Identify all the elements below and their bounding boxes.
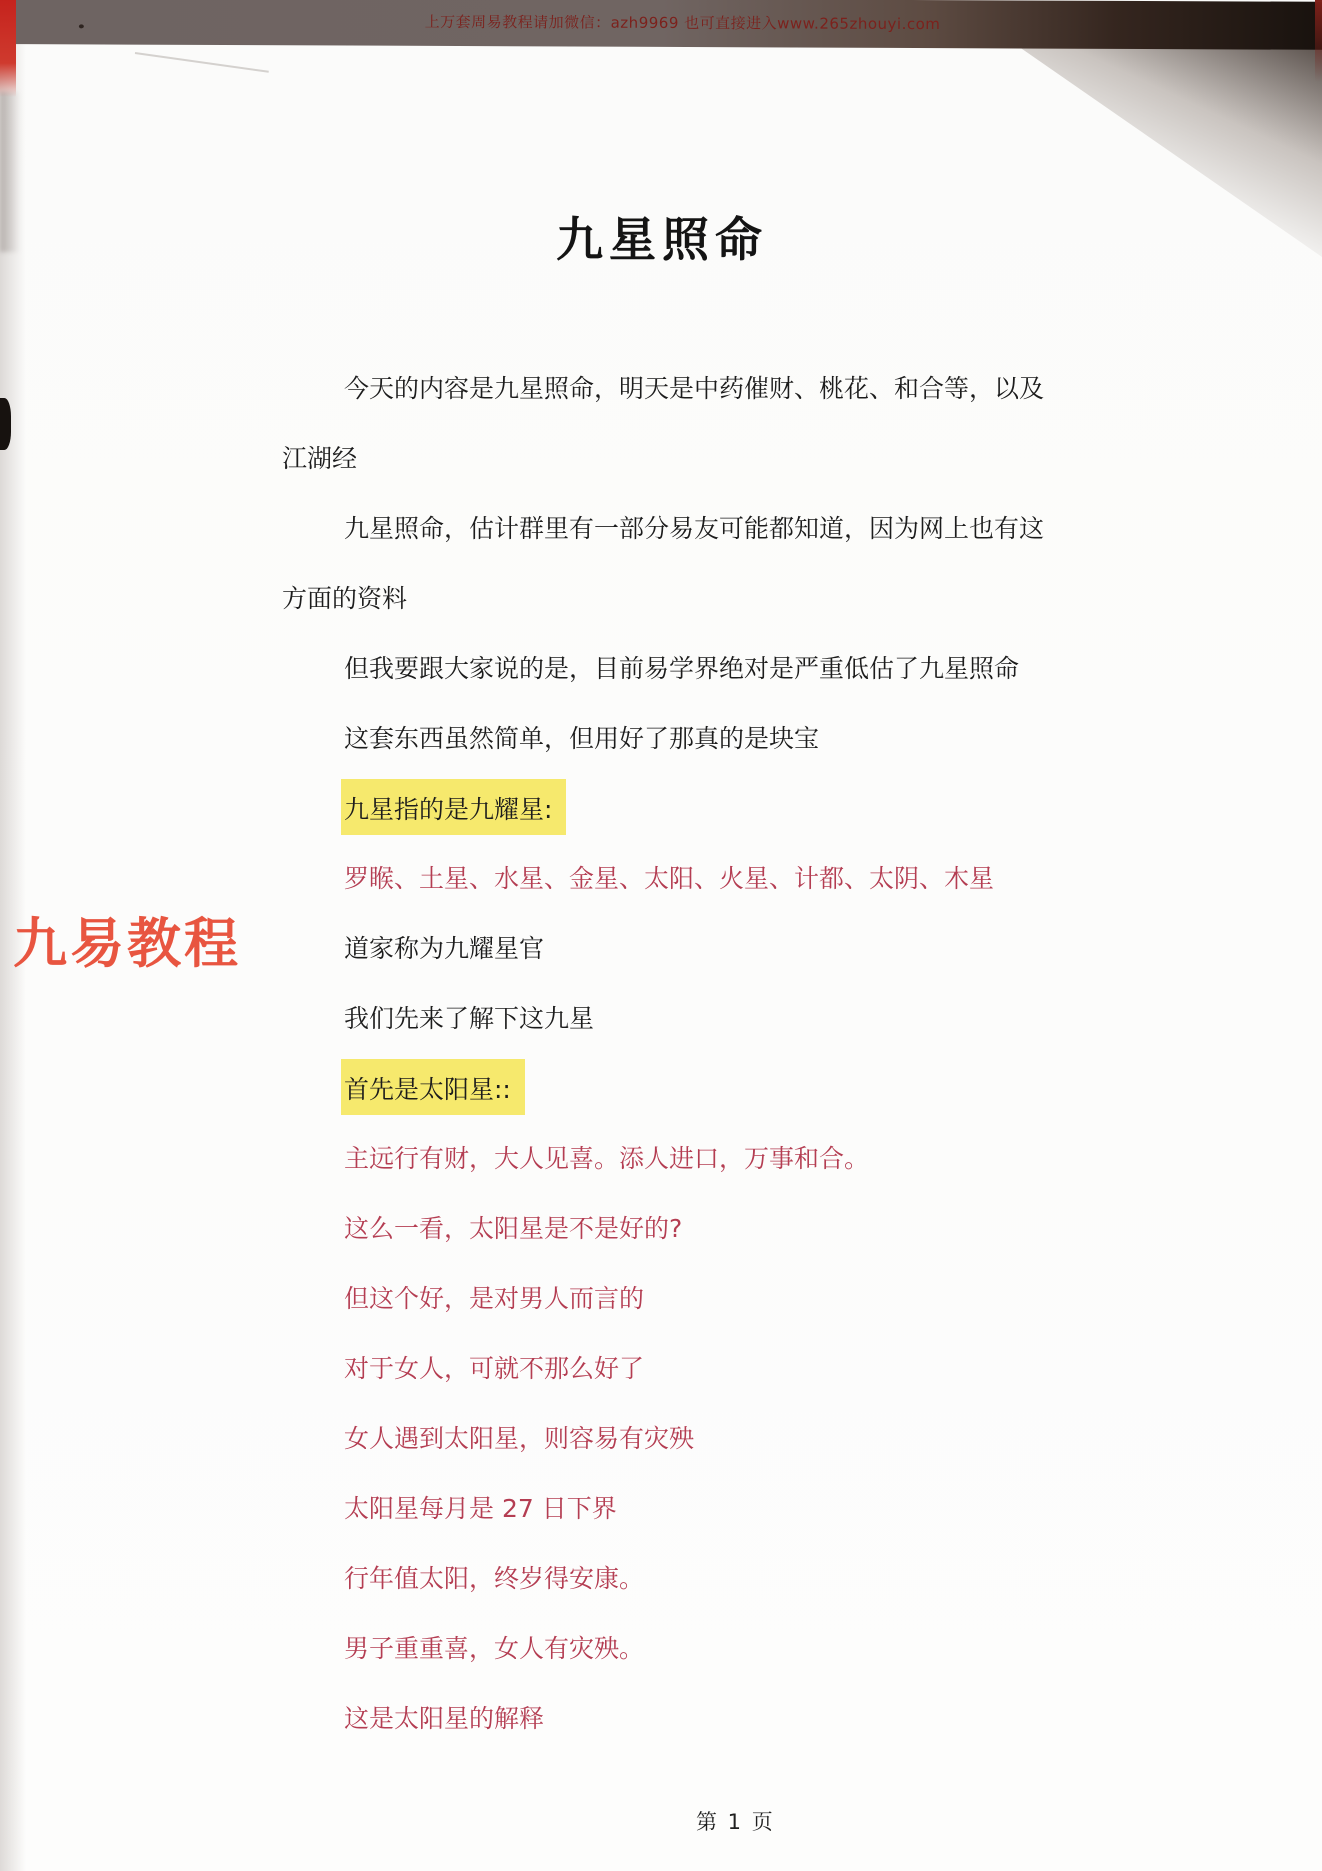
red-book-edge-right [1315,0,1322,82]
text-line: 女人遇到太阳星，则容易有灾殃 [282,1402,1182,1472]
text-line: 这是太阳星的解释 [282,1682,1182,1752]
text-line: 这套东西虽然简单，但用好了那真的是块宝 [282,702,1182,772]
text-line: 男子重重喜，女人有灾殃。 [282,1612,1182,1682]
text-line: 九星指的是九耀星: [282,772,1182,842]
ink-smudge [0,398,11,450]
page-number: 第 1 页 [696,1806,775,1836]
text-line: 今天的内容是九星照命，明天是中药催财、桃花、和合等，以及 [282,352,1182,422]
scan-speck [79,24,84,28]
watermark: 九易教程 [13,901,241,978]
text-line: 九星照命，估计群里有一部分易友可能都知道，因为网上也有这 [282,492,1182,562]
red-book-edge-left [0,0,16,97]
scan-top-band: 上万套周易教程请加微信：azh9969 也可直接进入www.265zhouyi.… [0,0,1322,50]
text-line: 首先是太阳星:: [282,1052,1182,1122]
text-line: 主远行有财，大人见喜。添人进口，万事和合。 [282,1122,1182,1192]
text-line: 对于女人，可就不那么好了 [282,1332,1182,1402]
text-line: 这么一看，太阳星是不是好的? [282,1192,1182,1262]
document-body: 今天的内容是九星照命，明天是中药催财、桃花、和合等，以及江湖经九星照命，估计群里… [282,352,1182,1752]
text-line: 方面的资料 [282,562,1182,632]
text-line: 我们先来了解下这九星 [282,982,1182,1052]
promo-banner-text: 上万套周易教程请加微信：azh9969 也可直接进入www.265zhouyi.… [425,11,941,34]
scan-left-smudge [0,92,20,252]
text-line: 道家称为九耀星官 [282,912,1182,982]
text-line: 但这个好，是对男人而言的 [282,1262,1182,1332]
text-line: 罗睺、土星、水星、金星、太阳、火星、计都、太阴、木星 [282,842,1182,912]
page-title: 九星照命 [262,203,1062,270]
scanned-page: 上万套周易教程请加微信：azh9969 也可直接进入www.265zhouyi.… [0,0,1322,1871]
scan-crease [135,52,269,73]
text-line: 江湖经 [282,422,1182,492]
text-line: 行年值太阳，终岁得安康。 [282,1542,1182,1612]
text-line: 太阳星每月是 27 日下界 [282,1472,1182,1542]
text-line: 但我要跟大家说的是，目前易学界绝对是严重低估了九星照命 [282,632,1182,702]
